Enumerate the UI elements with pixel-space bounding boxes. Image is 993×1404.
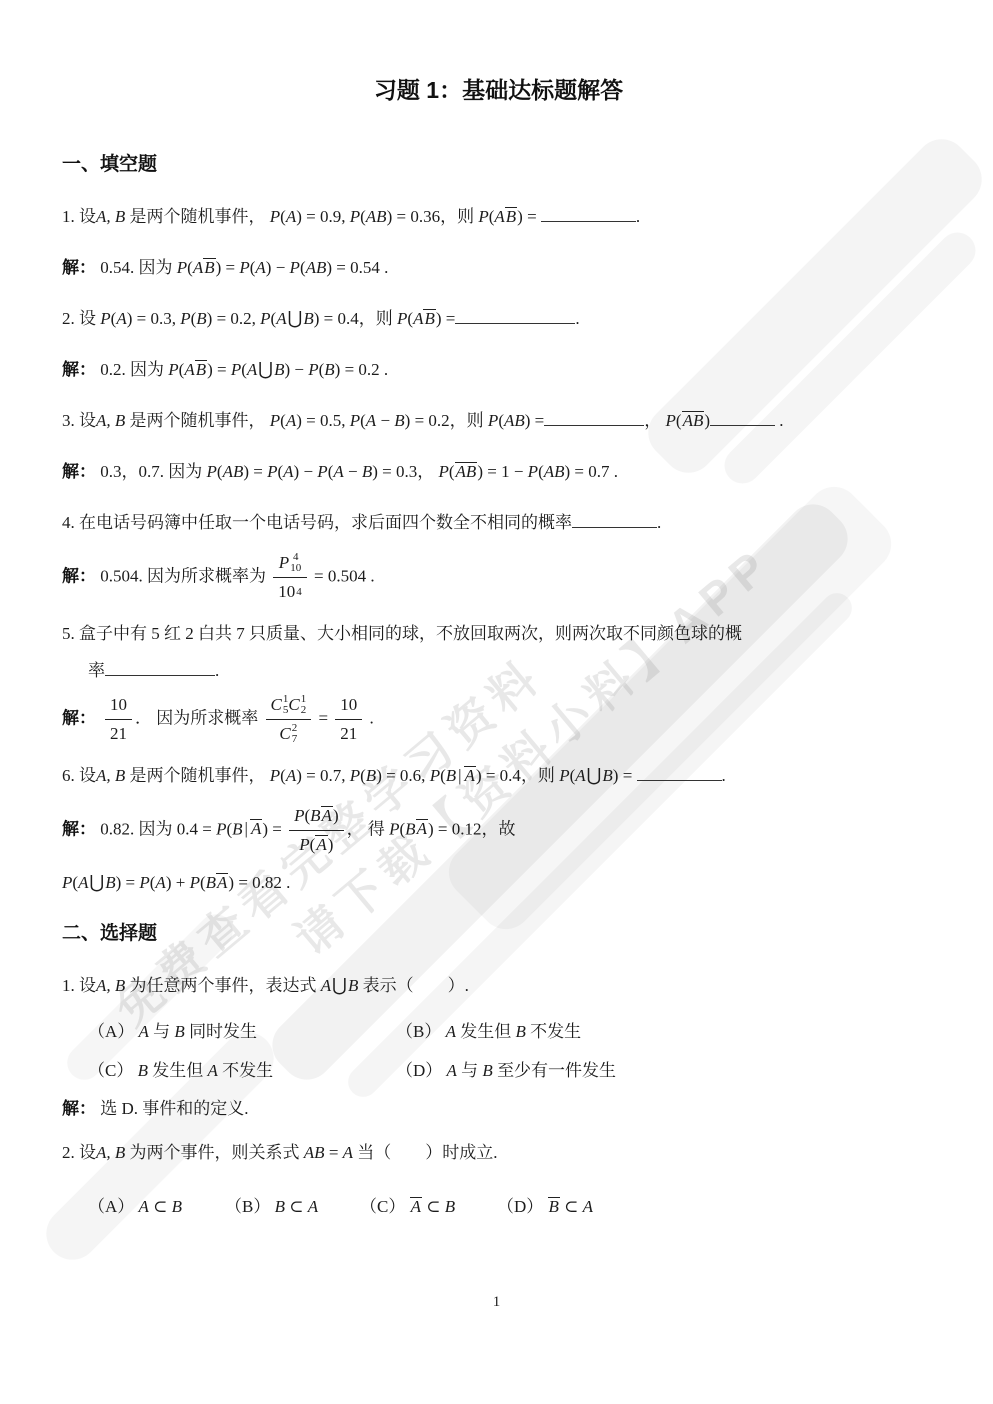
overline-term: A: [321, 806, 333, 825]
overline-term: A: [216, 873, 228, 892]
text-run: 6. 设: [62, 766, 96, 785]
math-run: P(A: [559, 766, 585, 785]
math-run: 10: [110, 695, 127, 714]
fraction-denominator: 21: [335, 720, 362, 747]
text-run: .: [657, 513, 661, 532]
math-run: ) =: [262, 819, 286, 838]
text-run: 为两个事件，则关系式: [125, 1143, 304, 1162]
math-run: ) = 1 − P(AB) = 0.7: [477, 462, 609, 481]
math-run: P(A) = 0.5, P(A − B) = 0.2: [270, 411, 450, 430]
text-run: （B）: [225, 1197, 275, 1216]
overline-term: B: [203, 258, 215, 277]
math-variable: A, B: [96, 1143, 125, 1162]
choice-2-option-b: （B） B ⊂ A: [225, 1193, 360, 1221]
choice-question-1: 1. 设A, B 为任意两个事件，表达式 A⋃B 表示（ ）.: [62, 973, 935, 999]
sup-sub-scripts: 4: [296, 587, 302, 598]
text-run: ，: [644, 411, 665, 430]
subscript: 2: [301, 705, 307, 716]
overline-term: A: [250, 819, 262, 838]
text-run: .: [215, 661, 219, 680]
math-run: P(A: [177, 258, 203, 277]
text-run: （A）: [88, 1022, 139, 1041]
page-title: 习题 1：基础达标题解答: [62, 72, 935, 105]
fill-question-4: 4. 在电话号码簿中任取一个电话号码，求后面四个数全不相同的概率.: [62, 510, 935, 536]
text-run: ，则: [450, 411, 488, 430]
math-run: B) =: [602, 766, 636, 785]
text-run: 0.2. 因为: [96, 360, 168, 379]
sup-sub-scripts: 27: [292, 723, 298, 745]
fraction: 1021: [335, 692, 362, 747]
union-symbol: ⋃: [287, 308, 304, 329]
math-run: B) − P(B) = 0.2: [274, 360, 380, 379]
union-symbol: ⋃: [331, 975, 348, 996]
text-run: ，故: [481, 819, 515, 838]
text-run: 3. 设: [62, 411, 96, 430]
fraction-denominator: 21: [105, 720, 132, 747]
math-variable: B: [515, 1022, 525, 1041]
text-run: 至少有一件发生: [493, 1061, 616, 1080]
math-run: ) = 0.4: [476, 766, 521, 785]
math-run: 10: [340, 695, 357, 714]
math-run: P(A) = 0.9, P(AB) = 0.36: [270, 207, 440, 226]
math-run: ) = P(A) − P(AB) = 0.54: [216, 258, 380, 277]
text-run: 1. 设: [62, 976, 96, 995]
math-run: A ⊂ B: [139, 1197, 183, 1216]
text-run: 5. 盒子中有 5 红 2 白共 7 只质量、大小相同的球，不放回取两次，则两次…: [62, 624, 742, 643]
math-run: P(AB) =: [488, 411, 544, 430]
math-run: P(A: [62, 873, 88, 892]
math-run: ) =: [436, 309, 456, 328]
text-run: .: [575, 309, 579, 328]
sup-sub-term: 104: [278, 579, 302, 605]
union-symbol: ⋃: [88, 872, 105, 893]
math-run: B: [348, 976, 358, 995]
text-run: 发生但: [456, 1022, 516, 1041]
fill-solution-3: 解： 0.3，0.7. 因为 P(AB) = P(A) − P(A − B) =…: [62, 459, 935, 485]
fill-question-1: 1. 设A, B 是两个随机事件， P(A) = 0.9, P(AB) = 0.…: [62, 204, 935, 230]
text-run: 与: [457, 1061, 483, 1080]
fraction-numerator: C15C12: [266, 692, 312, 720]
math-run: ⊂ B: [422, 1197, 455, 1216]
fraction: P410104: [273, 550, 307, 605]
text-run: 是两个随机事件，: [125, 207, 270, 226]
text-run: （A）: [88, 1197, 139, 1216]
math-run: ⊂ A: [560, 1197, 593, 1216]
text-run: （D）: [497, 1197, 548, 1216]
conditional-bar: |: [456, 766, 463, 785]
fraction-numerator: P(BA): [289, 803, 344, 831]
document-content: 习题 1：基础达标题解答 一、填空题 1. 设A, B 是两个随机事件， P(A…: [0, 0, 993, 1404]
sup-sub-term: P410: [279, 550, 301, 576]
overline-term: AB: [682, 411, 705, 430]
text-run: 不发生: [526, 1022, 581, 1041]
blank-line: [541, 204, 636, 222]
text-run: （C）: [360, 1197, 410, 1216]
solution-label: 解：: [62, 566, 96, 585]
text-run: 是两个随机事件，: [125, 411, 270, 430]
choice-1-options-row2: （C） B 发生但 A 不发生 （D） A 与 B 至少有一件发生: [62, 1058, 935, 1084]
text-run: .: [380, 360, 389, 379]
text-run: 同时发生: [185, 1022, 257, 1041]
math-run: P(AB) = P(A) − P(A − B) = 0.3: [207, 462, 418, 481]
subscript: 10: [290, 563, 301, 574]
math-run: ) =: [517, 207, 541, 226]
sup-sub-term: C27: [279, 721, 297, 747]
overline-term: B: [423, 309, 435, 328]
blank-line: [572, 510, 657, 528]
math-variable: A: [447, 1061, 457, 1080]
fraction-denominator: P(A): [289, 831, 344, 858]
sup-sub-term: C15: [271, 692, 289, 718]
fraction: 1021: [105, 692, 132, 747]
blank-line: [455, 306, 575, 324]
text-run: .: [610, 462, 619, 481]
text-run: .: [775, 411, 784, 430]
text-run: 与: [149, 1022, 175, 1041]
math-run: P(: [666, 411, 682, 430]
math-run: B) = P(A) + P(B: [105, 873, 216, 892]
section-heading-fill: 一、填空题: [62, 149, 935, 176]
overline-term: B: [505, 207, 517, 226]
choice-2-option-c: （C） A ⊂ B: [360, 1193, 497, 1221]
math-run: AB = A: [304, 1143, 353, 1162]
union-symbol: ⋃: [586, 765, 603, 786]
text-run: 2. 设: [62, 1143, 96, 1162]
fraction-numerator: P410: [273, 550, 307, 578]
choice-1-option-b: （B） A 发生但 B 不发生: [396, 1019, 935, 1045]
math-run: =: [314, 708, 332, 727]
math-variable: A: [207, 1061, 217, 1080]
sup-sub-base: C: [279, 721, 290, 747]
math-run: P(: [438, 462, 454, 481]
math-run: = 0.504: [310, 566, 366, 585]
text-run: .: [366, 566, 375, 585]
text-run: .: [636, 207, 640, 226]
choice-2-option-a: （A） A ⊂ B: [88, 1193, 225, 1221]
text-run: .: [282, 873, 291, 892]
fill-solution-4: 解： 0.504. 因为所求概率为 P410104 = 0.504 .: [62, 550, 935, 605]
math-run: P(A: [478, 207, 504, 226]
math-run: P(B: [294, 806, 320, 825]
text-run: （D）: [396, 1061, 447, 1080]
sup-sub-base: P: [279, 550, 289, 576]
blank-line: [105, 658, 215, 676]
text-run: （C）: [88, 1061, 138, 1080]
math-variable: B: [138, 1061, 148, 1080]
sup-sub-scripts: 12: [301, 694, 307, 716]
fill-question-3: 3. 设A, B 是两个随机事件， P(A) = 0.5, P(A − B) =…: [62, 408, 935, 434]
math-variable: A, B: [96, 766, 125, 785]
fraction-denominator: 104: [273, 578, 307, 605]
fill-solution-2: 解： 0.2. 因为 P(AB) = P(A⋃B) − P(B) = 0.2 .: [62, 357, 935, 383]
math-run: P(A) = 0.7, P(B) = 0.6, P(B: [270, 766, 456, 785]
overline-term: A: [410, 1197, 422, 1216]
text-run: .: [365, 708, 374, 727]
math-run: P(A: [168, 360, 194, 379]
text-run: ，: [417, 462, 438, 481]
text-run: 当（ ）时成立.: [353, 1143, 498, 1162]
fraction-denominator: C27: [266, 720, 312, 747]
blank-line: [637, 763, 722, 781]
text-run: ． 因为所求概率: [135, 708, 263, 727]
fill-question-6: 6. 设A, B 是两个随机事件， P(A) = 0.7, P(B) = 0.6…: [62, 763, 935, 789]
subscript: 7: [292, 734, 298, 745]
text-run: ，则: [521, 766, 559, 785]
text-run: ，则: [440, 207, 478, 226]
choice-solution-1: 解： 选 D. 事件和的定义.: [62, 1096, 935, 1122]
fraction: C15C12C27: [266, 692, 312, 747]
solution-label: 解：: [62, 819, 96, 838]
text-run: .: [722, 766, 726, 785]
math-run: ) = 0.82: [228, 873, 282, 892]
math-variable: A: [446, 1022, 456, 1041]
text-run: 0.3，0.7. 因为: [96, 462, 207, 481]
text-run: 0.54. 因为: [96, 258, 177, 277]
fill-solution-6-line1: 解： 0.82. 因为 0.4 = P(B|A) = P(BA)P(A)， 得 …: [62, 803, 935, 858]
math-run: 21: [340, 724, 357, 743]
math-run: ): [328, 835, 334, 854]
overline-term: A: [464, 766, 476, 785]
text-run: ， 得: [347, 819, 390, 838]
solution-label: 解：: [62, 462, 96, 481]
text-run: 表示（ ）.: [358, 976, 469, 995]
math-run: 21: [110, 724, 127, 743]
overline-term: AB: [455, 462, 478, 481]
solution-label: 解：: [62, 360, 96, 379]
choice-1-option-a: （A） A 与 B 同时发生: [88, 1019, 396, 1045]
math-run: P(A: [397, 309, 423, 328]
math-variable: A: [139, 1022, 149, 1041]
math-run: ) = 0.12: [428, 819, 482, 838]
choice-1-option-c: （C） B 发生但 A 不发生: [88, 1058, 396, 1084]
overline-term: A: [416, 819, 428, 838]
superscript: 4: [296, 587, 302, 598]
math-variable: B: [482, 1061, 492, 1080]
blank-line: [710, 408, 775, 426]
fill-solution-6-line2: P(A⋃B) = P(A) + P(BA) = 0.82 .: [62, 870, 935, 896]
math-run: A: [321, 976, 331, 995]
math-variable: A, B: [96, 411, 125, 430]
fraction-numerator: 10: [105, 692, 132, 720]
choice-2-options-row: （A） A ⊂ B （B） B ⊂ A （C） A ⊂ B （D） B ⊂ A: [62, 1193, 935, 1221]
math-run: ) = P(A: [207, 360, 257, 379]
math-run: P(: [299, 835, 315, 854]
blank-line: [544, 408, 644, 426]
math-run: 0.4 = P(B: [177, 819, 243, 838]
conditional-bar: |: [243, 819, 250, 838]
math-run: ): [333, 806, 339, 825]
text-run: 为任意两个事件，表达式: [125, 976, 321, 995]
sup-sub-base: 10: [278, 579, 295, 605]
math-variable: B: [174, 1022, 184, 1041]
text-run: 率: [88, 661, 105, 680]
fill-question-5-line2: 率.: [62, 658, 935, 684]
fill-solution-5: 解：1021． 因为所求概率 C15C12C27 = 1021 .: [62, 692, 935, 747]
sup-sub-base: C: [288, 692, 299, 718]
math-variable: A, B: [96, 207, 125, 226]
solution-label: 解：: [62, 1099, 96, 1118]
text-run: 1. 设: [62, 207, 96, 226]
text-run: .: [380, 258, 389, 277]
choice-1-option-d: （D） A 与 B 至少有一件发生: [396, 1058, 935, 1084]
text-run: 0.82. 因为: [96, 819, 177, 838]
worksheet-page: { "page": {"title": "习题 1：基础达标题解答", "num…: [0, 0, 993, 1404]
math-run: B) = 0.4: [303, 309, 358, 328]
fill-question-2: 2. 设 P(A) = 0.3, P(B) = 0.2, P(A⋃B) = 0.…: [62, 306, 935, 332]
text-run: 不发生: [218, 1061, 273, 1080]
solution-label: 解：: [62, 708, 96, 727]
sup-sub-scripts: 410: [290, 552, 301, 574]
overline-term: B: [548, 1197, 560, 1216]
choice-question-2: 2. 设A, B 为两个事件，则关系式 AB = A 当（ ）时成立.: [62, 1140, 935, 1166]
overline-term: A: [315, 835, 327, 854]
choice-2-option-d: （D） B ⊂ A: [497, 1193, 935, 1221]
math-run: B ⊂ A: [275, 1197, 319, 1216]
sup-sub-base: C: [271, 692, 282, 718]
choice-1-options-row1: （A） A 与 B 同时发生 （B） A 发生但 B 不发生: [62, 1019, 935, 1045]
overline-term: B: [195, 360, 207, 379]
union-symbol: ⋃: [257, 359, 274, 380]
math-variable: A, B: [96, 976, 125, 995]
text-run: 0.504. 因为所求概率为: [96, 566, 270, 585]
fraction: P(BA)P(A): [289, 803, 344, 858]
fill-solution-1: 解： 0.54. 因为 P(AB) = P(A) − P(AB) = 0.54 …: [62, 255, 935, 281]
text-run: 选 D. 事件和的定义.: [96, 1099, 249, 1118]
text-run: 2. 设: [62, 309, 100, 328]
sup-sub-term: C12: [288, 692, 306, 718]
text-run: 发生但: [148, 1061, 208, 1080]
math-run: P(B: [389, 819, 415, 838]
fraction-numerator: 10: [335, 692, 362, 720]
text-run: ，则: [359, 309, 397, 328]
text-run: 4. 在电话号码簿中任取一个电话号码，求后面四个数全不相同的概率: [62, 513, 572, 532]
section-heading-choice: 二、选择题: [62, 918, 935, 945]
text-run: （B）: [396, 1022, 446, 1041]
fill-question-5-line1: 5. 盒子中有 5 红 2 白共 7 只质量、大小相同的球，不放回取两次，则两次…: [62, 621, 935, 647]
math-run: P(A) = 0.3, P(B) = 0.2, P(A: [100, 309, 286, 328]
solution-label: 解：: [62, 258, 96, 277]
text-run: 是两个随机事件，: [125, 766, 270, 785]
